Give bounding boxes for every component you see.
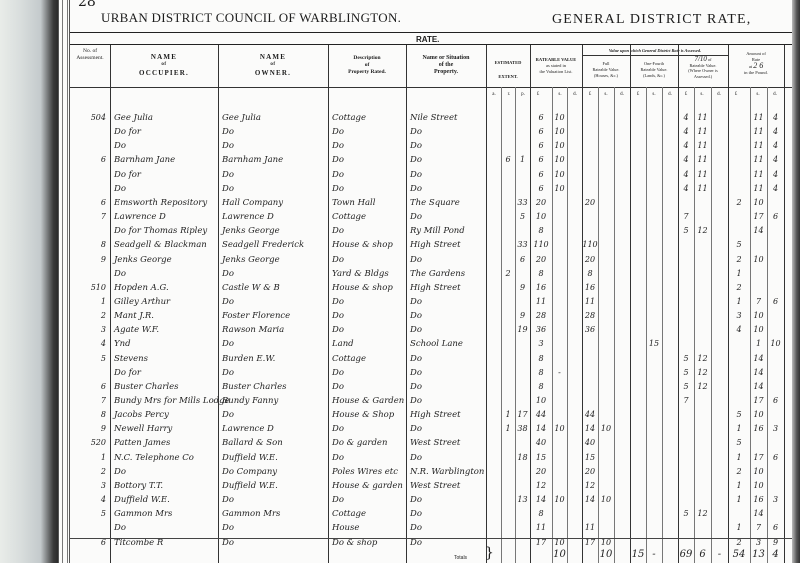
extent-value: 2 [501,269,515,278]
occupier-name: Emsworth Repository [114,198,207,208]
extent-value: 13 [515,495,530,504]
header-occupier: NAME of OCCUPIER. [110,53,218,77]
owner_val-value: 4 [678,127,694,136]
property-description: House & shop [332,240,393,250]
owner-name: Burden E.W. [222,354,275,364]
unit-label: d. [768,92,782,97]
full-value: 10 [598,424,614,433]
owner_val-value: 7 [678,396,694,405]
owner_val-value: 11 [694,155,711,164]
amount-value: 11 [750,170,767,179]
full-value: 20 [582,255,598,264]
amount-value: 10 [750,467,767,476]
owner-name: Buster Charles [222,382,287,392]
unit-label: s. [553,92,567,97]
owner_val-value: 4 [678,113,694,122]
property-situation: Do [410,155,422,165]
occupier-name: Stevens [114,354,148,364]
property-situation: The Gardens [410,269,465,279]
header-full-line2: Rateable Value. [593,67,620,72]
property-situation: Do [410,184,422,194]
page-number: 28 [78,0,96,10]
header-rv-line2: as stated in [546,63,566,68]
property-description: House [332,523,359,533]
property-description: Do [332,424,344,434]
property-situation: Do [410,127,422,137]
amount-value: 14 [750,354,767,363]
amount-value: 3 [767,424,784,433]
property-situation: High Street [410,410,461,420]
full-value: 14 [582,495,598,504]
amount-value: 11 [750,184,767,193]
property-situation: High Street [410,283,461,293]
assessment-number: 3 [76,481,106,490]
header-rv-line3: the Valuation List. [539,69,572,74]
amount-value: 10 [750,198,767,207]
full-value: 11 [582,523,598,532]
owner_val-value: 4 [678,141,694,150]
assessment-number: 7 [76,396,106,405]
assessment-number: 2 [76,467,106,476]
owner-name: Do [222,297,234,307]
unit-label: £ [583,92,597,97]
property-description: Do [332,368,344,378]
amount-value: 11 [750,127,767,136]
rv-value: 6 [530,141,552,150]
unit-label: a. [487,92,501,97]
amount-value: 6 [767,297,784,306]
header-occupier-line3: OCCUPIER. [139,69,189,77]
full-value: 28 [582,311,598,320]
assessment-number: 1 [76,297,106,306]
rv-value: 10 [530,396,552,405]
unit-label: £ [729,92,743,97]
amount-value: 10 [750,410,767,419]
assessment-number: 9 [76,424,106,433]
header-amount-rate: 2 6 [753,61,763,70]
amount-value: 10 [750,255,767,264]
owner_val-value: 11 [694,184,711,193]
rv-value: 10 [552,170,567,179]
total-fourth-value: - [646,549,662,560]
totals-brace: } [485,545,494,561]
amount-value: 4 [728,325,750,334]
amount-value: 11 [750,141,767,150]
subcolumn-divider [567,87,568,563]
subcolumn-divider [614,87,615,563]
property-situation: Nile Street [410,113,457,123]
property-description: Land [332,339,354,349]
occupier-name: Buster Charles [114,382,179,392]
total-rv-value: 10 [552,549,567,560]
assessment-number: 6 [76,155,106,164]
full-value: 10 [598,495,614,504]
total-amount-value: 4 [767,549,784,560]
amount-value: 1 [750,339,767,348]
occupier-name: Lawrence D [114,212,166,222]
extent-value: 33 [515,198,530,207]
amount-value: 1 [728,481,750,490]
rv-value: 6 [530,127,552,136]
unit-label: £ [531,92,545,97]
property-description: Cottage [332,113,366,123]
full-value: 16 [582,283,598,292]
property-situation: Do [410,255,422,265]
owner_val-value: 5 [678,226,694,235]
total-owner_val-value: 6 [694,549,711,560]
header-fraction-line3: (Where Owner is [688,68,718,73]
subcolumn-divider [646,87,647,563]
amount-value: 1 [728,453,750,462]
amount-value: 1 [728,424,750,433]
rv-value: 10 [530,212,552,221]
header-bottom-rule [70,87,792,88]
property-situation: West Street [410,481,460,491]
property-situation: Do [410,523,422,533]
header-amount-line1: Amount of [746,51,766,56]
amount-value: 16 [750,424,767,433]
rv-value: 11 [530,297,552,306]
header-owner-line3: OWNER. [255,69,291,77]
unit-label: d. [663,92,677,97]
header-fraction-line2: Rateable Value. [690,63,717,68]
amount-value: 10 [750,481,767,490]
property-situation: Do [410,495,422,505]
header-owner-line1: NAME [260,53,286,61]
amount-value: 5 [728,438,750,447]
property-situation: Do [410,354,422,364]
amount-value: 17 [750,396,767,405]
full-value: 12 [582,481,598,490]
property-situation: High Street [410,240,461,250]
owner-name: Do [222,523,234,533]
occupier-name: Jenks George [114,255,172,265]
header-full-value: Full Rateable Value. (Houses, &c.) [582,61,630,79]
assessment-number: 520 [76,438,106,447]
property-description: Do [332,184,344,194]
column-divider [784,45,785,563]
property-situation: West Street [410,438,460,448]
assessment-number: 5 [76,354,106,363]
assessment-number: 510 [76,283,106,292]
rv-value: 12 [530,481,552,490]
amount-value: 5 [728,240,750,249]
owner-name: Rawson Maria [222,325,284,335]
occupier-name: Gee Julia [114,113,153,123]
header-fourth-line1: One-Fourth [644,61,664,66]
rv-value: 6 [530,170,552,179]
owner-name: Lawrence D [222,424,274,434]
occupier-name: Do [114,269,126,279]
property-description: Do [332,127,344,137]
total-full-value: 10 [598,549,614,560]
header-description-line1: Description [353,55,380,61]
header-full-line3: (Houses, &c.) [594,73,618,78]
total-owner_val-value: - [711,549,728,560]
property-situation: Do [410,325,422,335]
extent-value: 1 [501,410,515,419]
occupier-name: Do [114,523,126,533]
extent-value: 1 [501,424,515,433]
property-description: Do [332,311,344,321]
occupier-name: Jacobs Percy [114,410,169,420]
subcolumn-divider [598,87,599,563]
rv-value: 6 [530,155,552,164]
assessment-number: 8 [76,240,106,249]
rv-value: 44 [530,410,552,419]
property-situation: Do [410,170,422,180]
property-description: House & garden [332,481,403,491]
occupier-name: Barnham Jane [114,155,175,165]
owner-name: Do [222,495,234,505]
totals-rule [70,538,792,539]
property-description: Do [332,325,344,335]
property-situation: Ry Mill Pond [410,226,465,236]
owner-name: Do [222,410,234,420]
property-description: Do [332,226,344,236]
occupier-name: Patten James [114,438,170,448]
owner-name: Bundy Fanny [222,396,278,406]
header-fourth-line3: (Lands, &c.) [643,73,665,78]
property-situation: Do [410,311,422,321]
amount-value: 17 [750,212,767,221]
amount-value: 11 [750,113,767,122]
property-description: House & shop [332,283,393,293]
amount-value: 1 [728,523,750,532]
occupier-name: Do for [114,368,141,378]
occupier-name: Bundy Mrs for Mills Lodge [114,396,230,406]
assessment-number: 3 [76,325,106,334]
rv-value: 15 [530,453,552,462]
page-right-edge [792,0,800,563]
binding-ruled-lines [58,0,70,563]
owner_val-value: 11 [694,113,711,122]
amount-value: 10 [750,311,767,320]
rv-value: 10 [552,141,567,150]
total-amount-value: 13 [750,549,767,560]
amount-value: 1 [728,495,750,504]
owner_val-value: 12 [694,382,711,391]
occupier-name: Do [114,467,126,477]
amount-value: 3 [767,495,784,504]
amount-value: 1 [728,297,750,306]
amount-value: 7 [750,523,767,532]
amount-value: 4 [767,184,784,193]
full-value: 15 [582,453,598,462]
header-full-line1: Full [603,61,610,66]
rv-value: 10 [552,184,567,193]
occupier-name: Do [114,184,126,194]
amount-value: 2 [728,255,750,264]
extent-value: 5 [515,212,530,221]
owner-name: Lawrence D [222,212,274,222]
property-situation: Do [410,509,422,519]
assessment-number: 5 [76,509,106,518]
owner-name: Jenks George [222,226,280,236]
assessment-number: 1 [76,453,106,462]
owner_val-value: 11 [694,170,711,179]
header-situation-line1: Name or Situation [423,55,470,61]
amount-value: 6 [767,453,784,462]
rate-banner: RATE. [70,33,792,45]
column-divider [218,45,219,563]
unit-label: £ [631,92,645,97]
owner_val-value: 5 [678,368,694,377]
extent-value: 6 [515,255,530,264]
amount-value: 7 [750,297,767,306]
header-situation: Name or Situation of the Property. [406,55,486,76]
rv-value: 8 [530,368,552,377]
owner-name: Do [222,269,234,279]
property-situation: Do [410,396,422,406]
rv-value: 14 [530,424,552,433]
occupier-name: Mant J.R. [114,311,154,321]
owner_val-value: 12 [694,226,711,235]
header-fraction-of: of [708,57,712,62]
unit-label: s. [751,92,765,97]
rv-value: 36 [530,325,552,334]
assessment-number: 504 [76,113,106,122]
owner-name: Ballard & Son [222,438,283,448]
total-amount-value: 54 [728,549,750,560]
rv-value: 8 [530,269,552,278]
owner-name: Barnham Jane [222,155,283,165]
amount-value: 2 [728,283,750,292]
full-value: 44 [582,410,598,419]
owner_val-value: 11 [694,141,711,150]
owner-name: Do Company [222,467,277,477]
owner-name: Do [222,184,234,194]
assessment-number: 6 [76,198,106,207]
occupier-name: Agate W.F. [114,325,159,335]
occupier-name: Titcombe R [114,538,163,548]
owner-name: Do [222,538,234,548]
header-description-line2: of [365,62,370,68]
amount-value: 2 [728,198,750,207]
rv-value: 8 [530,509,552,518]
assessment-number: 6 [76,382,106,391]
property-situation: Do [410,141,422,151]
unit-label: s. [599,92,613,97]
header-rv-line1: RATEABLE VALUE [536,57,577,62]
property-situation: Do [410,453,422,463]
total-fourth-value: 15 [630,549,646,560]
amount-value: 10 [767,339,784,348]
occupier-name: Do for [114,127,141,137]
header-owner-fraction: 7/10 of Rateable Value. (Where Owner is … [678,57,728,79]
property-situation: Do [410,368,422,378]
unit-label: s. [647,92,661,97]
rv-value: 6 [530,113,552,122]
owner-name: Foster Florence [222,311,290,321]
property-situation: N.R. Warblington [410,467,484,477]
extent-value: 33 [515,240,530,249]
amount-value: 4 [767,141,784,150]
occupier-name: Seadgell & Blackman [114,240,207,250]
amount-value: 11 [750,155,767,164]
property-description: Yard & Bldgs [332,269,389,279]
rv-value: - [552,368,567,377]
owner-name: Jenks George [222,255,280,265]
property-description: Cottage [332,354,366,364]
totals-label: Totals [454,555,467,561]
owner-name: Do [222,339,234,349]
assessment-number: 7 [76,212,106,221]
owner-name: Do [222,368,234,378]
occupier-name: Do for Thomas Ripley [114,226,207,236]
property-description: Do [332,297,344,307]
subcolumn-divider [711,87,712,563]
occupier-name: Gilley Arthur [114,297,170,307]
owner-name: Seadgell Frederick [222,240,304,250]
property-situation: Do [410,297,422,307]
occupier-name: N.C. Telephone Co [114,453,194,463]
header-rateable-value: RATEABLE VALUE as stated in the Valuatio… [530,57,582,75]
assessment-number: 4 [76,495,106,504]
book-binding-edge [0,0,58,563]
full-value: 40 [582,438,598,447]
column-divider [406,45,407,563]
rate-title: GENERAL DISTRICT RATE, [552,12,751,28]
rv-value: 14 [530,495,552,504]
owner_val-value: 7 [678,212,694,221]
rv-value: 10 [552,495,567,504]
amount-value: 4 [767,113,784,122]
owner_val-value: 5 [678,509,694,518]
amount-value: 14 [750,368,767,377]
column-divider [110,45,111,563]
amount-value: 16 [750,495,767,504]
occupier-name: Do [114,141,126,151]
rv-value: 3 [530,339,552,348]
header-extent-line2: EXTENT. [498,74,517,79]
amount-value: 14 [750,509,767,518]
extent-value: 9 [515,311,530,320]
rv-value: 20 [530,255,552,264]
amount-value: 6 [767,212,784,221]
property-description: Do & garden [332,438,387,448]
extent-value: 9 [515,283,530,292]
property-description: Cottage [332,509,366,519]
property-situation: Do [410,382,422,392]
assessment-number: 9 [76,255,106,264]
rv-value: 8 [530,382,552,391]
header-situation-line3: Property. [434,69,458,75]
header-assessed-group: Value upon which General District Rate i… [582,47,728,54]
owner-name: Duffield W.E. [222,481,278,491]
full-value: 8 [582,269,598,278]
owner-name: Castle W & B [222,283,280,293]
rv-value: 6 [530,184,552,193]
property-description: Do [332,453,344,463]
header-extent-line1: ESTIMATED [495,60,522,65]
amount-value: 4 [767,170,784,179]
header-owner-line2: of [218,61,328,69]
occupier-name: Gammon Mrs [114,509,172,519]
header-occupier-line1: NAME [151,53,177,61]
property-description: Do & shop [332,538,377,548]
column-divider [678,45,679,563]
extent-value: 19 [515,325,530,334]
property-situation: The Square [410,198,460,208]
header-owner: NAME of OWNER. [218,53,328,77]
occupier-name: Do for [114,170,141,180]
header-amount: Amount of Rate at 2 6 in the Pound. [728,51,784,76]
occupier-name: Hopden A.G. [114,283,169,293]
owner_val-value: 5 [678,382,694,391]
subcolumn-divider [662,87,663,563]
header-occupier-line2: of [110,61,218,69]
